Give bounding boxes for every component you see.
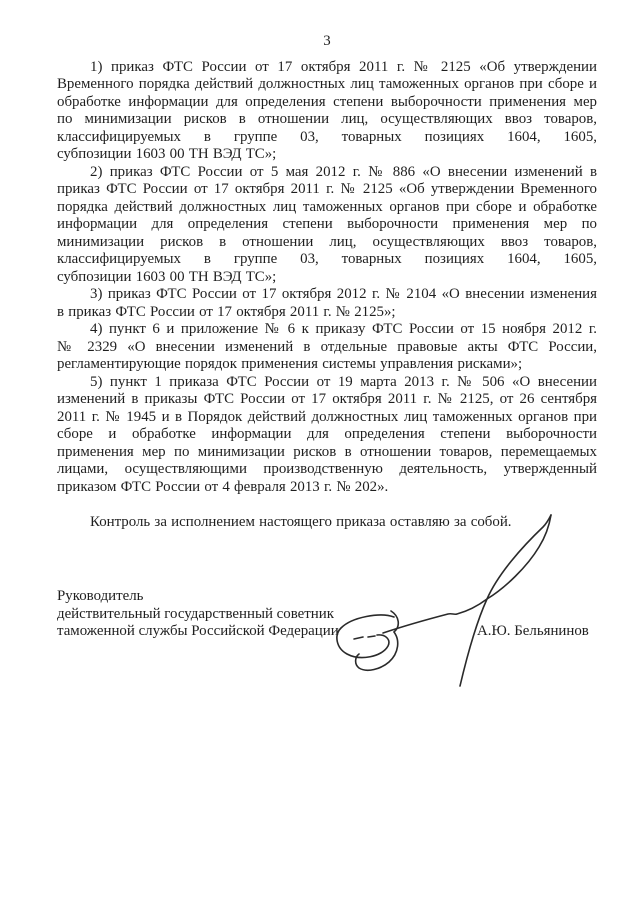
text-line: минимизации рисков в отношении лиц, осущ… xyxy=(57,234,597,252)
page-number: 3 xyxy=(57,33,597,51)
document-body: 1) приказ ФТС России от 17 октября 2011 … xyxy=(57,59,597,532)
paragraph: 5) пункт 1 приказа ФТС России от 19 март… xyxy=(57,374,597,497)
text-line: изменений в приказы ФТС России от 17 окт… xyxy=(57,391,597,409)
text-line: классифицируемых в группе 03, товарных п… xyxy=(57,251,597,269)
paragraph: Контроль за исполнением настоящего прика… xyxy=(57,514,597,532)
text-line: 2011 г. № 1945 и в Порядок действий долж… xyxy=(57,409,597,427)
signer-title-line: действительный государственный советник xyxy=(57,606,597,624)
text-line: в приказ ФТС России от 17 октября 2011 г… xyxy=(57,304,597,322)
document-page: 3 1) приказ ФТС России от 17 октября 201… xyxy=(0,0,640,905)
paragraph: 2) приказ ФТС России от 5 мая 2012 г. № … xyxy=(57,164,597,287)
text-line: субпозиции 1603 00 ТН ВЭД ТС»; xyxy=(57,269,597,287)
text-line: приказом ФТС России от 4 февраля 2013 г.… xyxy=(57,479,597,497)
text-line: Контроль за исполнением настоящего прика… xyxy=(57,514,597,532)
text-line: 4) пункт 6 и приложение № 6 к приказу ФТ… xyxy=(57,321,597,339)
signer-title-line: Руководитель xyxy=(57,588,597,606)
text-line: сборе и обработке информации для определ… xyxy=(57,426,597,444)
text-line: 3) приказ ФТС России от 17 октября 2012 … xyxy=(57,286,597,304)
text-line: 5) пункт 1 приказа ФТС России от 19 март… xyxy=(57,374,597,392)
text-line: приказ ФТС России от 17 октября 2011 г. … xyxy=(57,181,597,199)
signature-block: Руководитель действительный государствен… xyxy=(57,588,597,660)
text-line: 2) приказ ФТС России от 5 мая 2012 г. № … xyxy=(57,164,597,182)
text-line: № 2329 «О внесении изменений в отдельные… xyxy=(57,339,597,357)
paragraph: 1) приказ ФТС России от 17 октября 2011 … xyxy=(57,59,597,164)
text-line: порядка действий должностных лиц таможен… xyxy=(57,199,597,217)
paragraph: 4) пункт 6 и приложение № 6 к приказу ФТ… xyxy=(57,321,597,374)
text-line: лицами, осуществляющими производственную… xyxy=(57,461,597,479)
text-line: информации для определения степени выбор… xyxy=(57,216,597,234)
text-line: применения мер по минимизации рисков в о… xyxy=(57,444,597,462)
text-line: обработке информации для определения сте… xyxy=(57,94,597,112)
text-column: 3 1) приказ ФТС России от 17 октября 201… xyxy=(57,33,597,660)
text-line: по минимизации рисков в отношении лиц, о… xyxy=(57,111,597,129)
text-line: классифицируемых в группе 03, товарных п… xyxy=(57,129,597,147)
signer-name: А.Ю. Бельянинов xyxy=(477,623,589,641)
text-line: регламентирующие порядок применения сист… xyxy=(57,356,597,374)
text-line: Временного порядка действий должностных … xyxy=(57,76,597,94)
text-line: 1) приказ ФТС России от 17 октября 2011 … xyxy=(57,59,597,77)
paragraph: 3) приказ ФТС России от 17 октября 2012 … xyxy=(57,286,597,321)
text-line: субпозиции 1603 00 ТН ВЭД ТС»; xyxy=(57,146,597,164)
